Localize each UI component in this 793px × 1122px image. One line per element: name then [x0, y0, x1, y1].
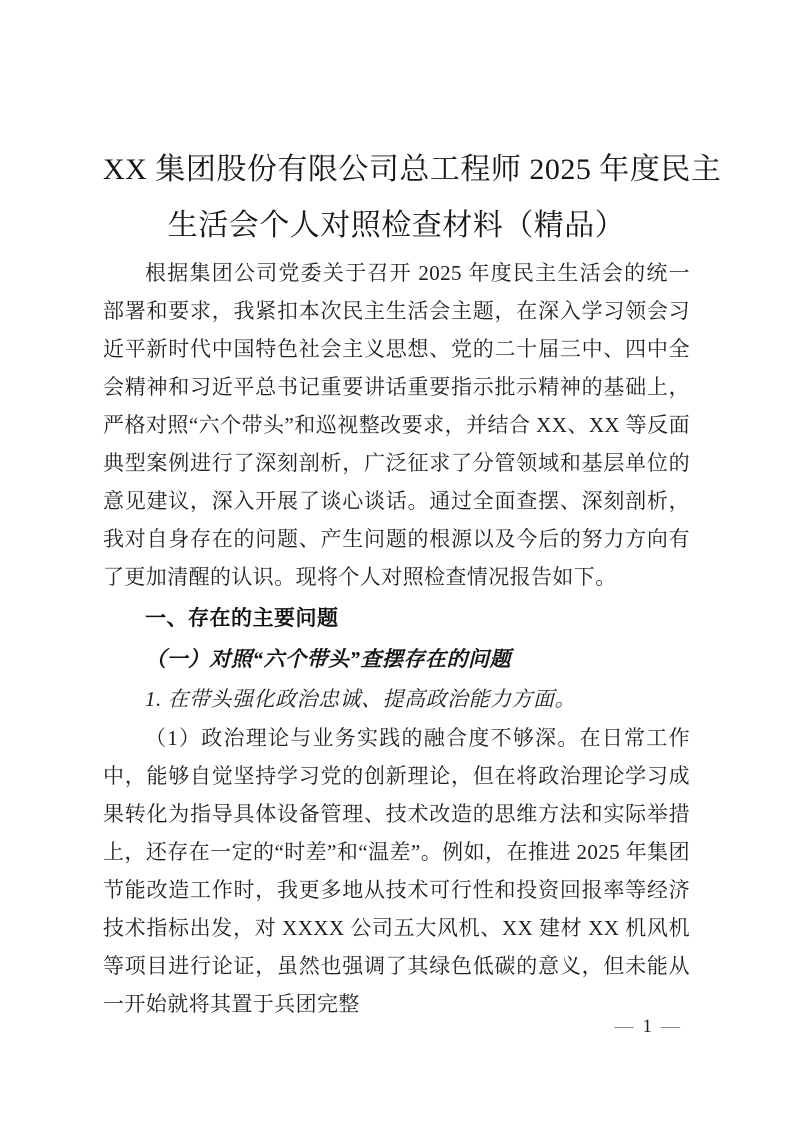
intro-paragraph: 根据集团公司党委关于召开 2025 年度民主生活会的统一部署和要求，我紧扣本次民…	[103, 254, 690, 596]
document-title: XX 集团股份有限公司总工程师 2025 年度民主 生活会个人对照检查材料（精品…	[103, 142, 690, 254]
page-number-footer: —1—	[606, 1016, 690, 1038]
footer-dash-right: —	[652, 1016, 689, 1037]
document-title-line-1: XX 集团股份有限公司总工程师 2025 年度民主	[103, 142, 690, 198]
item-heading-1: 1. 在带头强化政治忠诚、提高政治能力方面。	[103, 679, 690, 719]
item-paragraph-1: （1）政治理论与业务实践的融合度不够深。在日常工作中，能够自觉坚持学习党的创新理…	[103, 719, 690, 1023]
section-heading-1: 一、存在的主要问题	[103, 599, 690, 639]
document-title-line-2: 生活会个人对照检查材料（精品）	[103, 198, 690, 254]
document-content: XX 集团股份有限公司总工程师 2025 年度民主 生活会个人对照检查材料（精品…	[103, 142, 690, 1023]
subsection-heading-1: （一）对照“六个带头”查摆存在的问题	[103, 639, 690, 679]
document-page: XX 集团股份有限公司总工程师 2025 年度民主 生活会个人对照检查材料（精品…	[0, 0, 793, 1122]
footer-page-number: 1	[643, 1016, 653, 1037]
footer-dash-left: —	[606, 1016, 643, 1037]
